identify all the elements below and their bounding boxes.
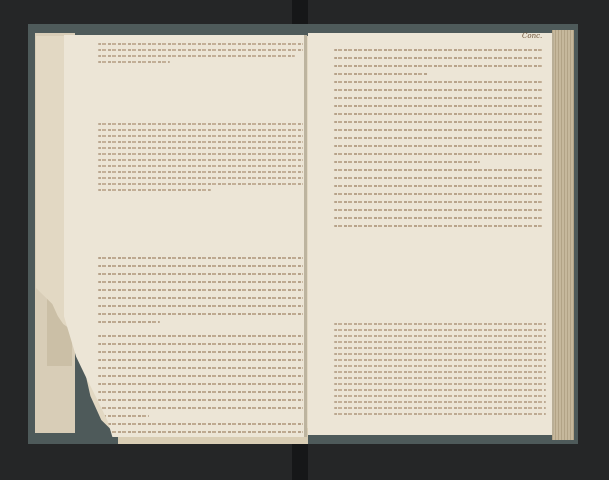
gutter — [304, 35, 307, 437]
left-top-paragraph — [98, 43, 303, 67]
left-lower-paragraph-1 — [98, 257, 303, 329]
right-lower-paragraph — [334, 323, 546, 419]
right-page — [308, 33, 554, 435]
left-middle-paragraph — [98, 123, 303, 195]
folio-label: Conc. — [522, 32, 542, 40]
right-page-edges — [552, 30, 574, 440]
right-upper-paragraph — [334, 49, 542, 233]
left-lower-paragraph-2 — [98, 335, 303, 439]
left-page — [64, 35, 306, 437]
